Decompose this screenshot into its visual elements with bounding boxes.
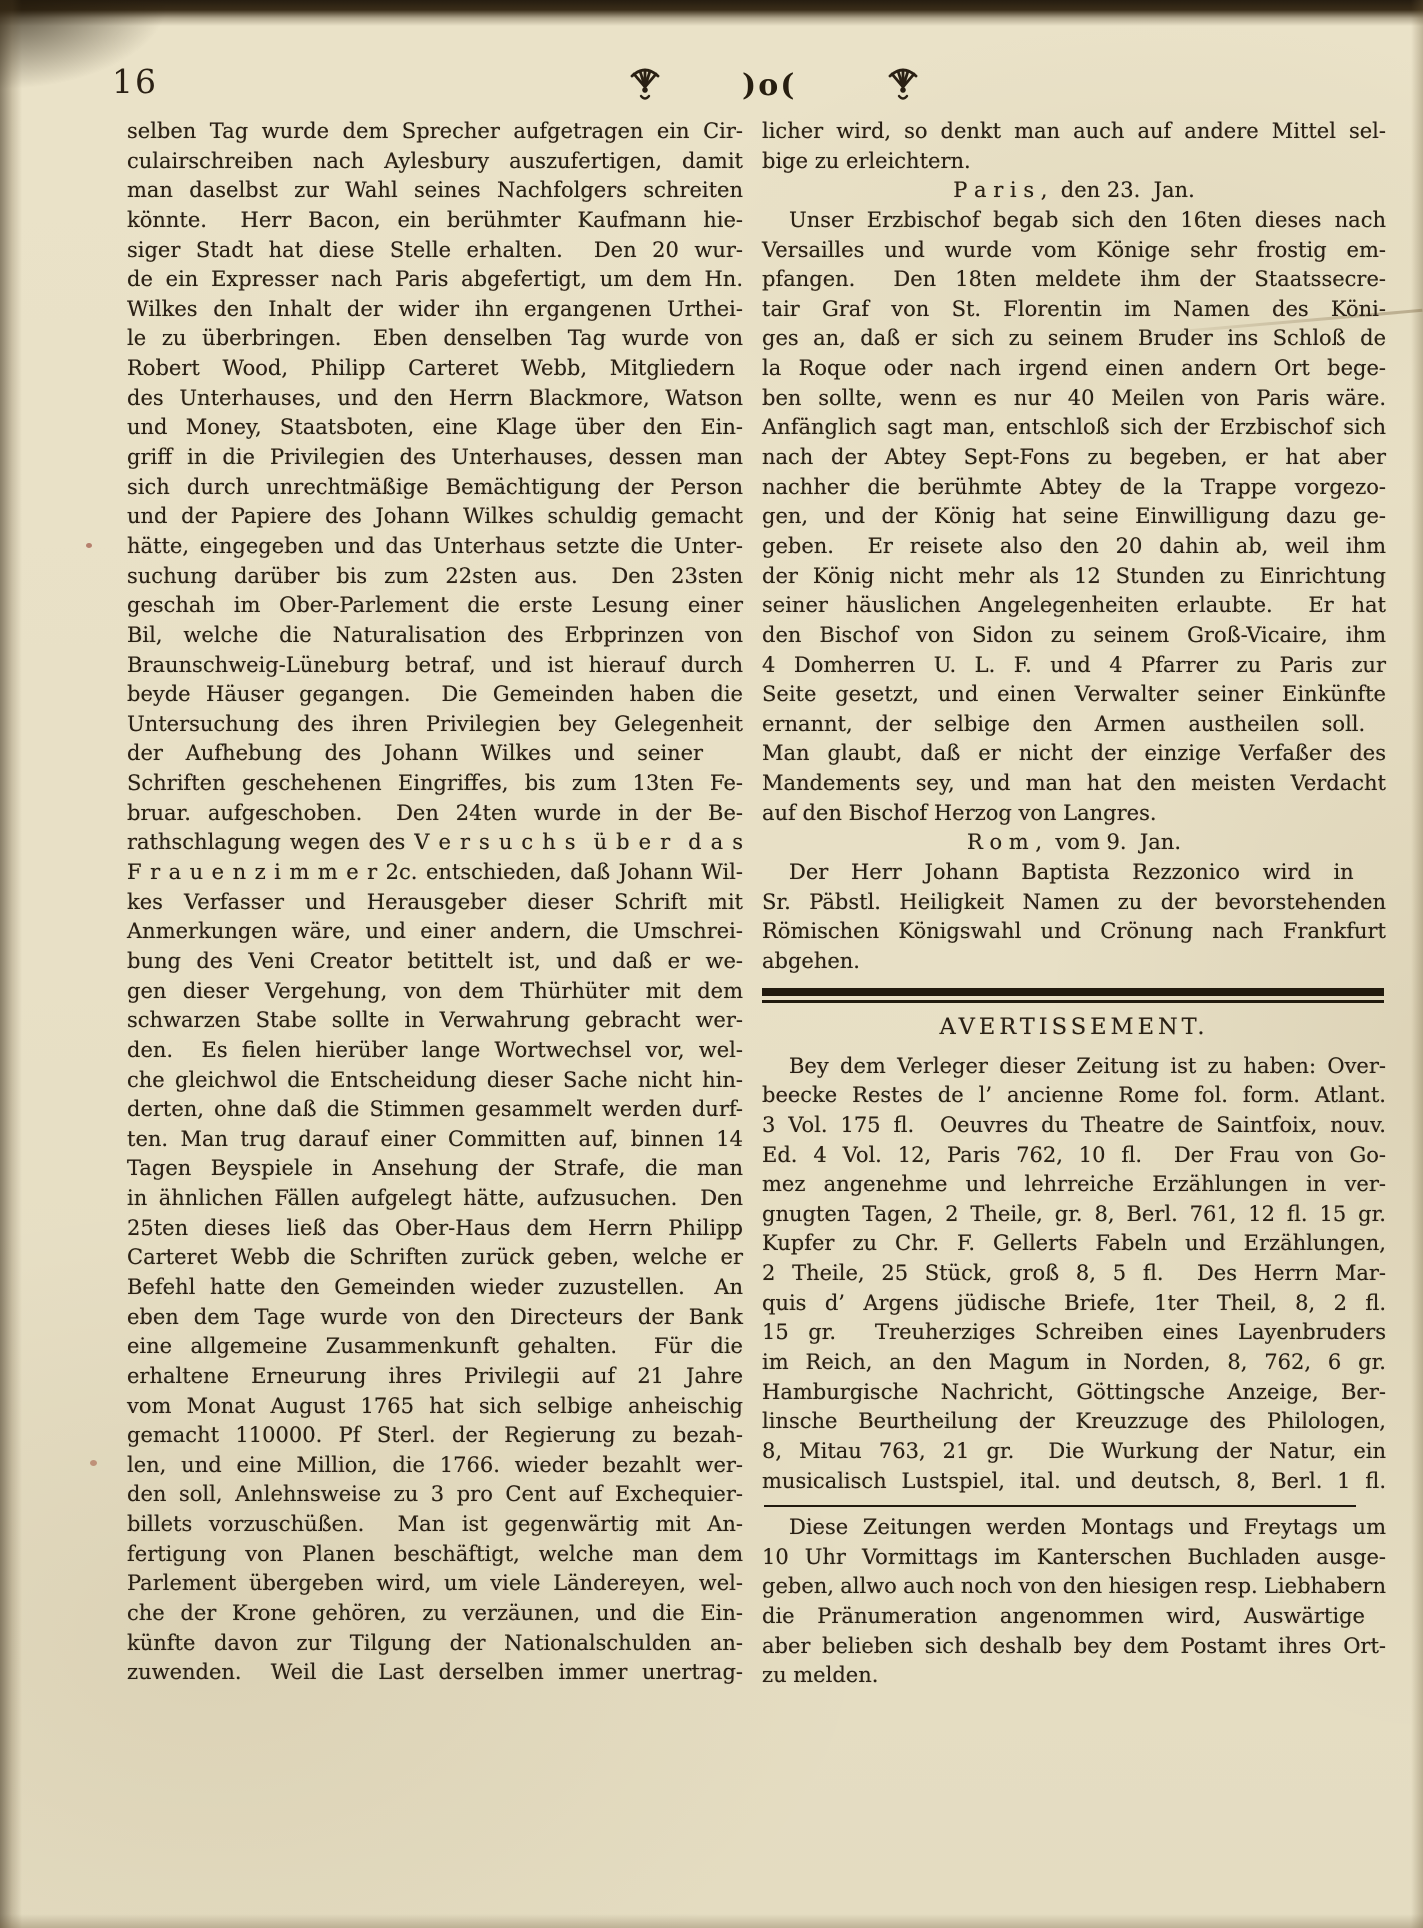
text-line: zuwenden. Weil die Last derselben immer … [127, 1658, 743, 1688]
text-line: derten, ohne daß die Stimmen gesammelt w… [127, 1095, 743, 1125]
text-line: aber belieben sich deshalb bey dem Posta… [762, 1632, 1386, 1662]
text-line: die Pränumeration angenommen wird, Auswä… [762, 1602, 1386, 1632]
text-line: Carteret Webb die Schriften zurück geben… [127, 1243, 743, 1273]
text-line: 15 gr. Treuherziges Schreiben eines Laye… [762, 1318, 1386, 1348]
column-left: selben Tag wurde dem Sprecher aufgetrage… [127, 117, 743, 1688]
text-line: Seite gesetzt, und einen Verwalter seine… [762, 680, 1386, 710]
text-line: Man glaubt, daß er nicht der einzige Ver… [762, 739, 1386, 769]
text-line: den. Es fielen hierüber lange Wortwechse… [127, 1036, 743, 1066]
double-rule-divider [762, 988, 1384, 1003]
text-line: in ähnlichen Fällen aufgelegt hätte, auf… [127, 1184, 743, 1214]
shell-ornament-icon [626, 64, 664, 108]
text-line: Anmerkungen wäre, und einer andern, die … [127, 917, 743, 947]
text-line: Versailles und wurde vom Könige sehr fro… [762, 236, 1386, 266]
text-line: Parlement übergeben wird, um viele Lände… [127, 1569, 743, 1599]
text-line: bige zu erleichtern. [762, 147, 1386, 177]
text-line: musicalisch Lustspiel, ital. und deutsch… [762, 1467, 1386, 1497]
text-line: kes Verfasser und Herausgeber dieser Sch… [127, 888, 743, 918]
text-line: abgehen. [762, 947, 1386, 977]
text-line: beyde Häuser gegangen. Die Gemeinden hab… [127, 680, 743, 710]
footer-lines: Diese Zeitungen werden Montags und Freyt… [762, 1513, 1386, 1691]
text-line: Anfänglich sagt man, entschloß sich der … [762, 413, 1386, 443]
text-line: vom Monat August 1765 hat sich selbige a… [127, 1392, 743, 1422]
scan-edge-right [1411, 0, 1423, 1928]
column-right: licher wird, so denkt man auch auf ander… [762, 117, 1386, 1691]
text-line: linsche Beurtheilung der Kreuzzuge des P… [762, 1407, 1386, 1437]
text-line: den soll, Anlehnsweise zu 3 pro Cent auf… [127, 1480, 743, 1510]
text-line: geben, allwo auch noch von den hiesigen … [762, 1572, 1386, 1602]
shell-ornament-icon [884, 64, 922, 108]
intro-lines: licher wird, so denkt man auch auf ander… [762, 117, 1386, 176]
text-line: Wilkes den Inhalt der wider ihn ergangen… [127, 295, 743, 325]
newspaper-page: 16 )o( selben Tag wurde dem Sprecher auf… [0, 0, 1423, 1928]
text-line: nach der Abtey Sept-Fons zu begeben, er … [762, 443, 1386, 473]
text-line: und Money, Staatsboten, eine Klage über … [127, 413, 743, 443]
text-line: griff in die Privilegien des Unterhauses… [127, 443, 743, 473]
text-line: Braunschweig-Lüneburg betraf, und ist hi… [127, 651, 743, 681]
text-line: mez angenehme und lehrreiche Erzählungen… [762, 1170, 1386, 1200]
text-line: tair Graf von St. Florentin im Namen des… [762, 295, 1386, 325]
avertissement-heading: AVERTISSEMENT. [762, 1012, 1386, 1042]
text-line: Bey dem Verleger dieser Zeitung ist zu h… [762, 1052, 1386, 1082]
text-line: gnugten Tagen, 2 Theile, gr. 8, Berl. 76… [762, 1200, 1386, 1230]
text-line: 10 Uhr Vormittags im Kanterschen Buchlad… [762, 1543, 1386, 1573]
text-line: gen, und der König hat seine Einwilligun… [762, 502, 1386, 532]
avertissement-lines: Bey dem Verleger dieser Zeitung ist zu h… [762, 1052, 1386, 1497]
text-line: sich durch unrechtmäßige Bemächtigung de… [127, 473, 743, 503]
text-line: bruar. aufgeschoben. Den 24ten wurde in … [127, 799, 743, 829]
text-line: der König nicht mehr als 12 Stunden zu E… [762, 562, 1386, 592]
paper-speck [86, 543, 92, 548]
text-line: Unser Erzbischof begab sich den 16ten di… [762, 206, 1386, 236]
text-line: 2 Theile, 25 Stück, groß 8, 5 fl. Des He… [762, 1259, 1386, 1289]
text-line: Kupfer zu Chr. F. Gellerts Fabeln und Er… [762, 1229, 1386, 1259]
text-line: suchung darüber bis zum 22sten aus. Den … [127, 562, 743, 592]
text-line: che der Krone gehören, zu verzäunen, und… [127, 1599, 743, 1629]
text-line: künfte davon zur Tilgung der Nationalsch… [127, 1629, 743, 1659]
text-line: Robert Wood, Philipp Carteret Webb, Mitg… [127, 354, 743, 384]
text-line: Römischen Königswahl und Crönung nach Fr… [762, 917, 1386, 947]
text-line: Schriften geschehenen Eingriffes, bis zu… [127, 769, 743, 799]
text-line: geschah im Ober-Parlement die erste Lesu… [127, 591, 743, 621]
text-line: seiner häuslichen Angelegenheiten erlaub… [762, 591, 1386, 621]
text-line: ges an, daß er sich zu seinem Bruder ins… [762, 324, 1386, 354]
text-line: billets vorzuschüßen. Man ist gegenwärti… [127, 1510, 743, 1540]
text-line: den Bischof von Sidon zu seinem Groß-Vic… [762, 621, 1386, 651]
text-line: Sr. Päbstl. Heiligkeit Namen zu der bevo… [762, 888, 1386, 918]
text-line: und der Papiere des Johann Wilkes schuld… [127, 502, 743, 532]
text-line: rathschlagung wegen des V e r s u c h s … [127, 828, 743, 858]
text-line: F r a u e n z i m m e r 2c. entschieden,… [127, 858, 743, 888]
rom-section-heading: R o m , vom 9. Jan. [762, 828, 1386, 858]
text-line: quis d’ Argens jüdische Briefe, 1ter The… [762, 1289, 1386, 1319]
scan-edge-bottom [0, 1914, 1423, 1928]
text-line: Befehl hatte den Gemeinden wieder zuzust… [127, 1273, 743, 1303]
text-line: bung des Veni Creator betittelt ist, und… [127, 947, 743, 977]
text-line: le zu überbringen. Eben denselben Tag wu… [127, 324, 743, 354]
text-line: 3 Vol. 175 fl. Oeuvres du Theatre de Sai… [762, 1111, 1386, 1141]
text-line: eine allgemeine Zusammenkunft gehalten. … [127, 1332, 743, 1362]
text-line: man daselbst zur Wahl seines Nachfolgers… [127, 176, 743, 206]
text-line: Bil, welche die Naturalisation des Erbpr… [127, 621, 743, 651]
text-line: im Reich, an den Magum in Norden, 8, 762… [762, 1348, 1386, 1378]
text-line: eben dem Tage wurde von den Directeurs d… [127, 1303, 743, 1333]
text-line: zu melden. [762, 1661, 1386, 1691]
text-line: len, und eine Million, die 1766. wieder … [127, 1451, 743, 1481]
text-line: Tagen Beyspiele in Ansehung der Strafe, … [127, 1154, 743, 1184]
text-line: nachher die berühmte Abtey de la Trappe … [762, 473, 1386, 503]
page-number: 16 [112, 62, 158, 101]
text-line: auf den Bischof Herzog von Langres. [762, 799, 1386, 829]
text-line: fertigung von Planen beschäftigt, welche… [127, 1540, 743, 1570]
text-line: siger Stadt hat diese Stelle erhalten. D… [127, 236, 743, 266]
text-line: des Unterhauses, und den Herrn Blackmore… [127, 384, 743, 414]
text-line: geben. Er reisete also den 20 dahin ab, … [762, 532, 1386, 562]
scan-edge-left [0, 0, 22, 1928]
text-line: selben Tag wurde dem Sprecher aufgetrage… [127, 117, 743, 147]
text-line: de ein Expresser nach Paris abgefertigt,… [127, 265, 743, 295]
paris-section-heading: P a r i s , den 23. Jan. [762, 176, 1386, 206]
text-line: ten. Man trug darauf einer Committen auf… [127, 1125, 743, 1155]
text-line: gen dieser Vergehung, von dem Thürhüter … [127, 977, 743, 1007]
text-line: licher wird, so denkt man auch auf ander… [762, 117, 1386, 147]
text-line: 4 Domherren U. L. F. und 4 Pfarrer zu Pa… [762, 651, 1386, 681]
text-line: hätte, eingegeben und das Unterhaus setz… [127, 532, 743, 562]
text-line: Diese Zeitungen werden Montags und Freyt… [762, 1513, 1386, 1543]
text-line: beecke Restes de l’ ancienne Rome fol. f… [762, 1081, 1386, 1111]
text-line: schwarzen Stabe sollte in Verwahrung geb… [127, 1006, 743, 1036]
text-line: Mandements sey, und man hat den meisten … [762, 769, 1386, 799]
text-line: Untersuchung des ihren Privilegien bey G… [127, 710, 743, 740]
text-line: ben sollte, wenn es nur 40 Meilen von Pa… [762, 384, 1386, 414]
text-line: pfangen. Den 18ten meldete ihm der Staat… [762, 265, 1386, 295]
text-line: 8, Mitau 763, 21 gr. Die Wurkung der Nat… [762, 1437, 1386, 1467]
text-line: könnte. Herr Bacon, ein berühmter Kaufma… [127, 206, 743, 236]
parenthesis-ornament: )o( [742, 68, 796, 103]
footer-rule [764, 1505, 1356, 1507]
text-line: erhaltene Erneurung ihres Privilegii auf… [127, 1362, 743, 1392]
text-line: culairschreiben nach Aylesbury auszufert… [127, 147, 743, 177]
text-line: Der Herr Johann Baptista Rezzonico wird … [762, 858, 1386, 888]
text-line: Hamburgische Nachricht, Göttingsche Anze… [762, 1378, 1386, 1408]
text-line: 25ten dieses ließ das Ober-Haus dem Herr… [127, 1214, 743, 1244]
text-line: gemacht 110000. Pf Sterl. der Regierung … [127, 1421, 743, 1451]
text-line: che gleichwol die Entscheidung dieser Sa… [127, 1066, 743, 1096]
text-line: ernannt, der selbige den Armen austheile… [762, 710, 1386, 740]
paris-section-lines: Unser Erzbischof begab sich den 16ten di… [762, 206, 1386, 828]
rom-section-lines: Der Herr Johann Baptista Rezzonico wird … [762, 858, 1386, 977]
text-line: der Aufhebung des Johann Wilkes und sein… [127, 739, 743, 769]
paper-speck [90, 1460, 97, 1466]
scan-edge-top [0, 0, 1423, 26]
text-line: Ed. 4 Vol. 12, Paris 762, 10 fl. Der Fra… [762, 1141, 1386, 1171]
text-line: la Roque oder nach irgend einen andern O… [762, 354, 1386, 384]
